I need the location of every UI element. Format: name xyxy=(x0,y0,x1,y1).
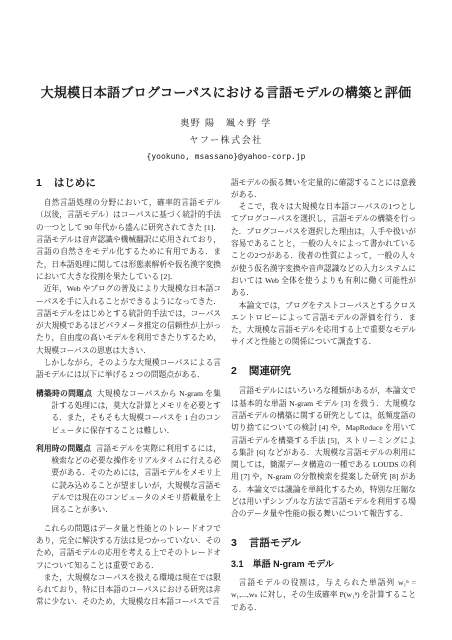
right-column: 語モデルの振る舞いを定量的に確認することには意義がある． そこで，我々は大規模な… xyxy=(231,177,416,614)
related-paragraph-1: 言語モデルにはいろいろな種類があるが，本論文では基本的な単語 N-gram モデ… xyxy=(231,385,416,520)
section-title: 言語モデル xyxy=(249,537,301,549)
intro-paragraph-3: しかしながら，そのような大規模コーパスによる言語モデルには以下に挙げる 2 つの… xyxy=(36,357,221,382)
section-heading-introduction: 1はじめに xyxy=(36,177,221,190)
problem-item-construction: 構築時の問題点大規模なコーパスから N-gram を集計する処理には，莫大な計算… xyxy=(36,388,221,437)
problem-label: 利用時の問題点 xyxy=(36,444,91,453)
model-paragraph-1: 言語モデルの役割は，与えられた単語列 w₁ⁿ = w₁,...,wₙ に対し，そ… xyxy=(231,577,416,614)
left-column: 1はじめに 自然言語処理の分野において，確率的言語モデル（以後，言語モデル）はコ… xyxy=(36,177,221,614)
section-heading-related-work: 2関連研究 xyxy=(231,365,416,378)
section-number: 1 xyxy=(36,177,54,190)
problem-item-usage: 利用時の問題点言語モデルを実際に利用するには，検索などの必要な操作をリアルタイム… xyxy=(36,443,221,517)
intro-paragraph-1: 自然言語処理の分野において，確率的言語モデル（以後，言語モデル）はコーパスに基づ… xyxy=(36,197,221,283)
section-title: 関連研究 xyxy=(249,365,291,377)
section-title: はじめに xyxy=(54,177,96,189)
subsection-heading-word-ngram: 3.1単語 N-gram モデル xyxy=(231,559,416,570)
intro-paragraph-5: また，大規模なコーパスを扱える環境は現在では限られており，特に日本語のコーパスに… xyxy=(36,572,221,609)
intro-paragraph-6: そこで，我々は大規模な日本語コーパスの1つとしてブログコーパスを選択し，言語モデ… xyxy=(231,201,416,299)
subsection-title: 単語 N-gram モデル xyxy=(253,559,334,569)
intro-paragraph-4: これらの問題はデータ量と性能とのトレードオフであり，完全に解決する方法は見つかっ… xyxy=(36,523,221,572)
subsection-number: 3.1 xyxy=(231,559,253,570)
problem-text: 言語モデルを実際に利用するには，検索などの必要な操作をリアルタイムに行える必要が… xyxy=(51,444,221,514)
author-emails: {yookuno, msassano}@yahoo-corp.jp xyxy=(36,152,416,161)
intro-paragraph-7: 本論文では，ブログをテストコーパスとするクロスエントロピーによって言語モデルの評… xyxy=(231,300,416,349)
intro-paragraph-2: 近年，Web やブログの普及により大規模な日本語コーパスを手に入れることができる… xyxy=(36,283,221,357)
affiliation: ヤフー株式会社 xyxy=(36,133,416,146)
section-number: 3 xyxy=(231,537,249,550)
section-heading-language-model: 3言語モデル xyxy=(231,537,416,550)
problem-label: 構築時の問題点 xyxy=(36,389,92,398)
author-names: 奥野 陽 颯々野 学 xyxy=(36,116,416,129)
paper-page: 大規模日本語ブログコーパスにおける言語モデルの構築と評価 奥野 陽 颯々野 学 … xyxy=(0,0,452,640)
two-column-body: 1はじめに 自然言語処理の分野において，確率的言語モデル（以後，言語モデル）はコ… xyxy=(36,177,416,614)
paper-title: 大規模日本語ブログコーパスにおける言語モデルの構築と評価 xyxy=(36,85,416,102)
section-number: 2 xyxy=(231,365,249,378)
intro-paragraph-5-continued: 語モデルの振る舞いを定量的に確認することには意義がある． xyxy=(231,177,416,202)
